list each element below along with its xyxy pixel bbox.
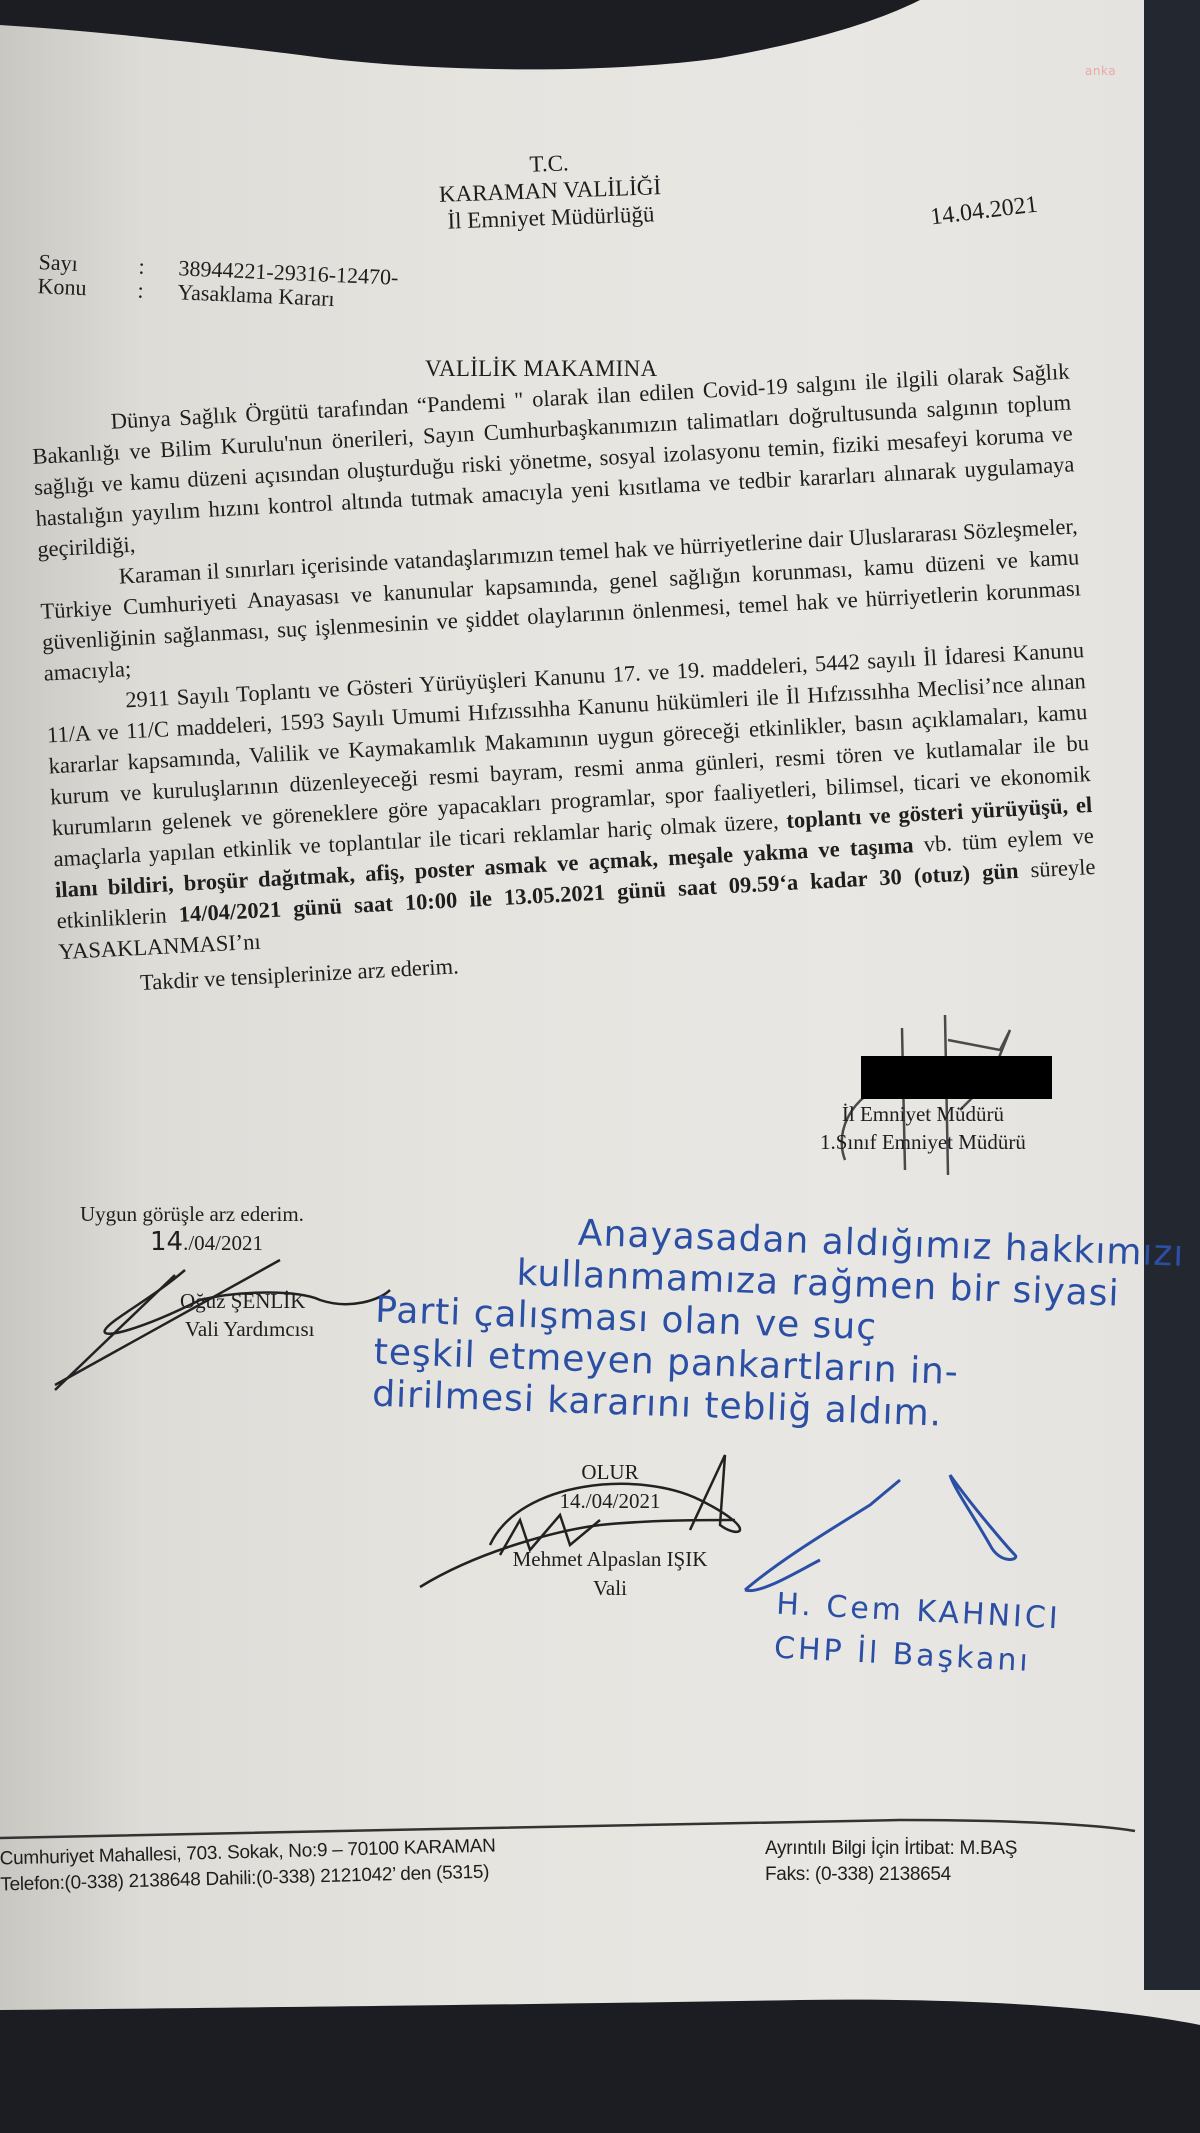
document-body: Dünya Sağlık Örgütü tarafından “Pandemi …: [30, 356, 1100, 1003]
background-edge: [1144, 0, 1200, 1990]
deputy-name: Oğuz ŞENLİK: [180, 1287, 315, 1315]
governor-signatory: OLUR 14./04/2021 Mehmet Alpaslan IŞIK Va…: [440, 1458, 780, 1603]
letterhead: T.C. KARAMAN VALİLİĞİ İl Emniyet Müdürlü…: [359, 143, 742, 237]
deputy-governor-signatory: Uygun görüşle arz ederim. 14./04/2021 Oğ…: [80, 1200, 315, 1343]
handwritten-note: Anayasadan aldığımız hakkımızı kullanmam…: [372, 1206, 1199, 1444]
watermark: anka: [1085, 64, 1116, 78]
konu-label: Konu: [37, 274, 138, 302]
redaction-bar: [861, 1056, 1052, 1099]
paragraph-3: 2911 Sayılı Toplantı ve Gösteri Yürüyüşl…: [45, 634, 1098, 967]
footer-fax: Faks: (0-338) 2138654: [765, 1862, 1017, 1888]
separator: :: [138, 255, 179, 281]
deputy-date: 14./04/2021: [150, 1228, 315, 1257]
footer-contact: Ayrıntılı Bilgi İçin İrtibat: M.BAŞ: [765, 1836, 1017, 1862]
governor-date: 14./04/2021: [440, 1487, 780, 1516]
chp-signatory: H. Cem KAHNICI CHP İl Başkanı: [773, 1583, 1062, 1686]
deputy-title: Vali Yardımcısı: [185, 1315, 315, 1343]
police-title-2: 1.Sınıf Emniyet Müdürü: [820, 1128, 1026, 1156]
governor-name: Mehmet Alpaslan IŞIK: [440, 1545, 780, 1574]
police-title-1: İl Emniyet Müdürü: [820, 1100, 1026, 1128]
deputy-date-printed: ./04/2021: [183, 1231, 263, 1255]
footer-contact-block: Ayrıntılı Bilgi İçin İrtibat: M.BAŞ Faks…: [765, 1836, 1017, 1888]
footer-divider: [0, 1800, 1200, 1840]
governor-approval: OLUR: [440, 1458, 780, 1487]
deputy-approval: Uygun görüşle arz ederim.: [80, 1200, 315, 1228]
governor-title: Vali: [440, 1574, 780, 1603]
bottom-shadow: [0, 1950, 1200, 2133]
police-signatory: İl Emniyet Müdürü 1.Sınıf Emniyet Müdürü: [820, 1100, 1026, 1156]
deputy-date-handwritten: 14: [150, 1227, 183, 1257]
separator: :: [137, 279, 178, 305]
